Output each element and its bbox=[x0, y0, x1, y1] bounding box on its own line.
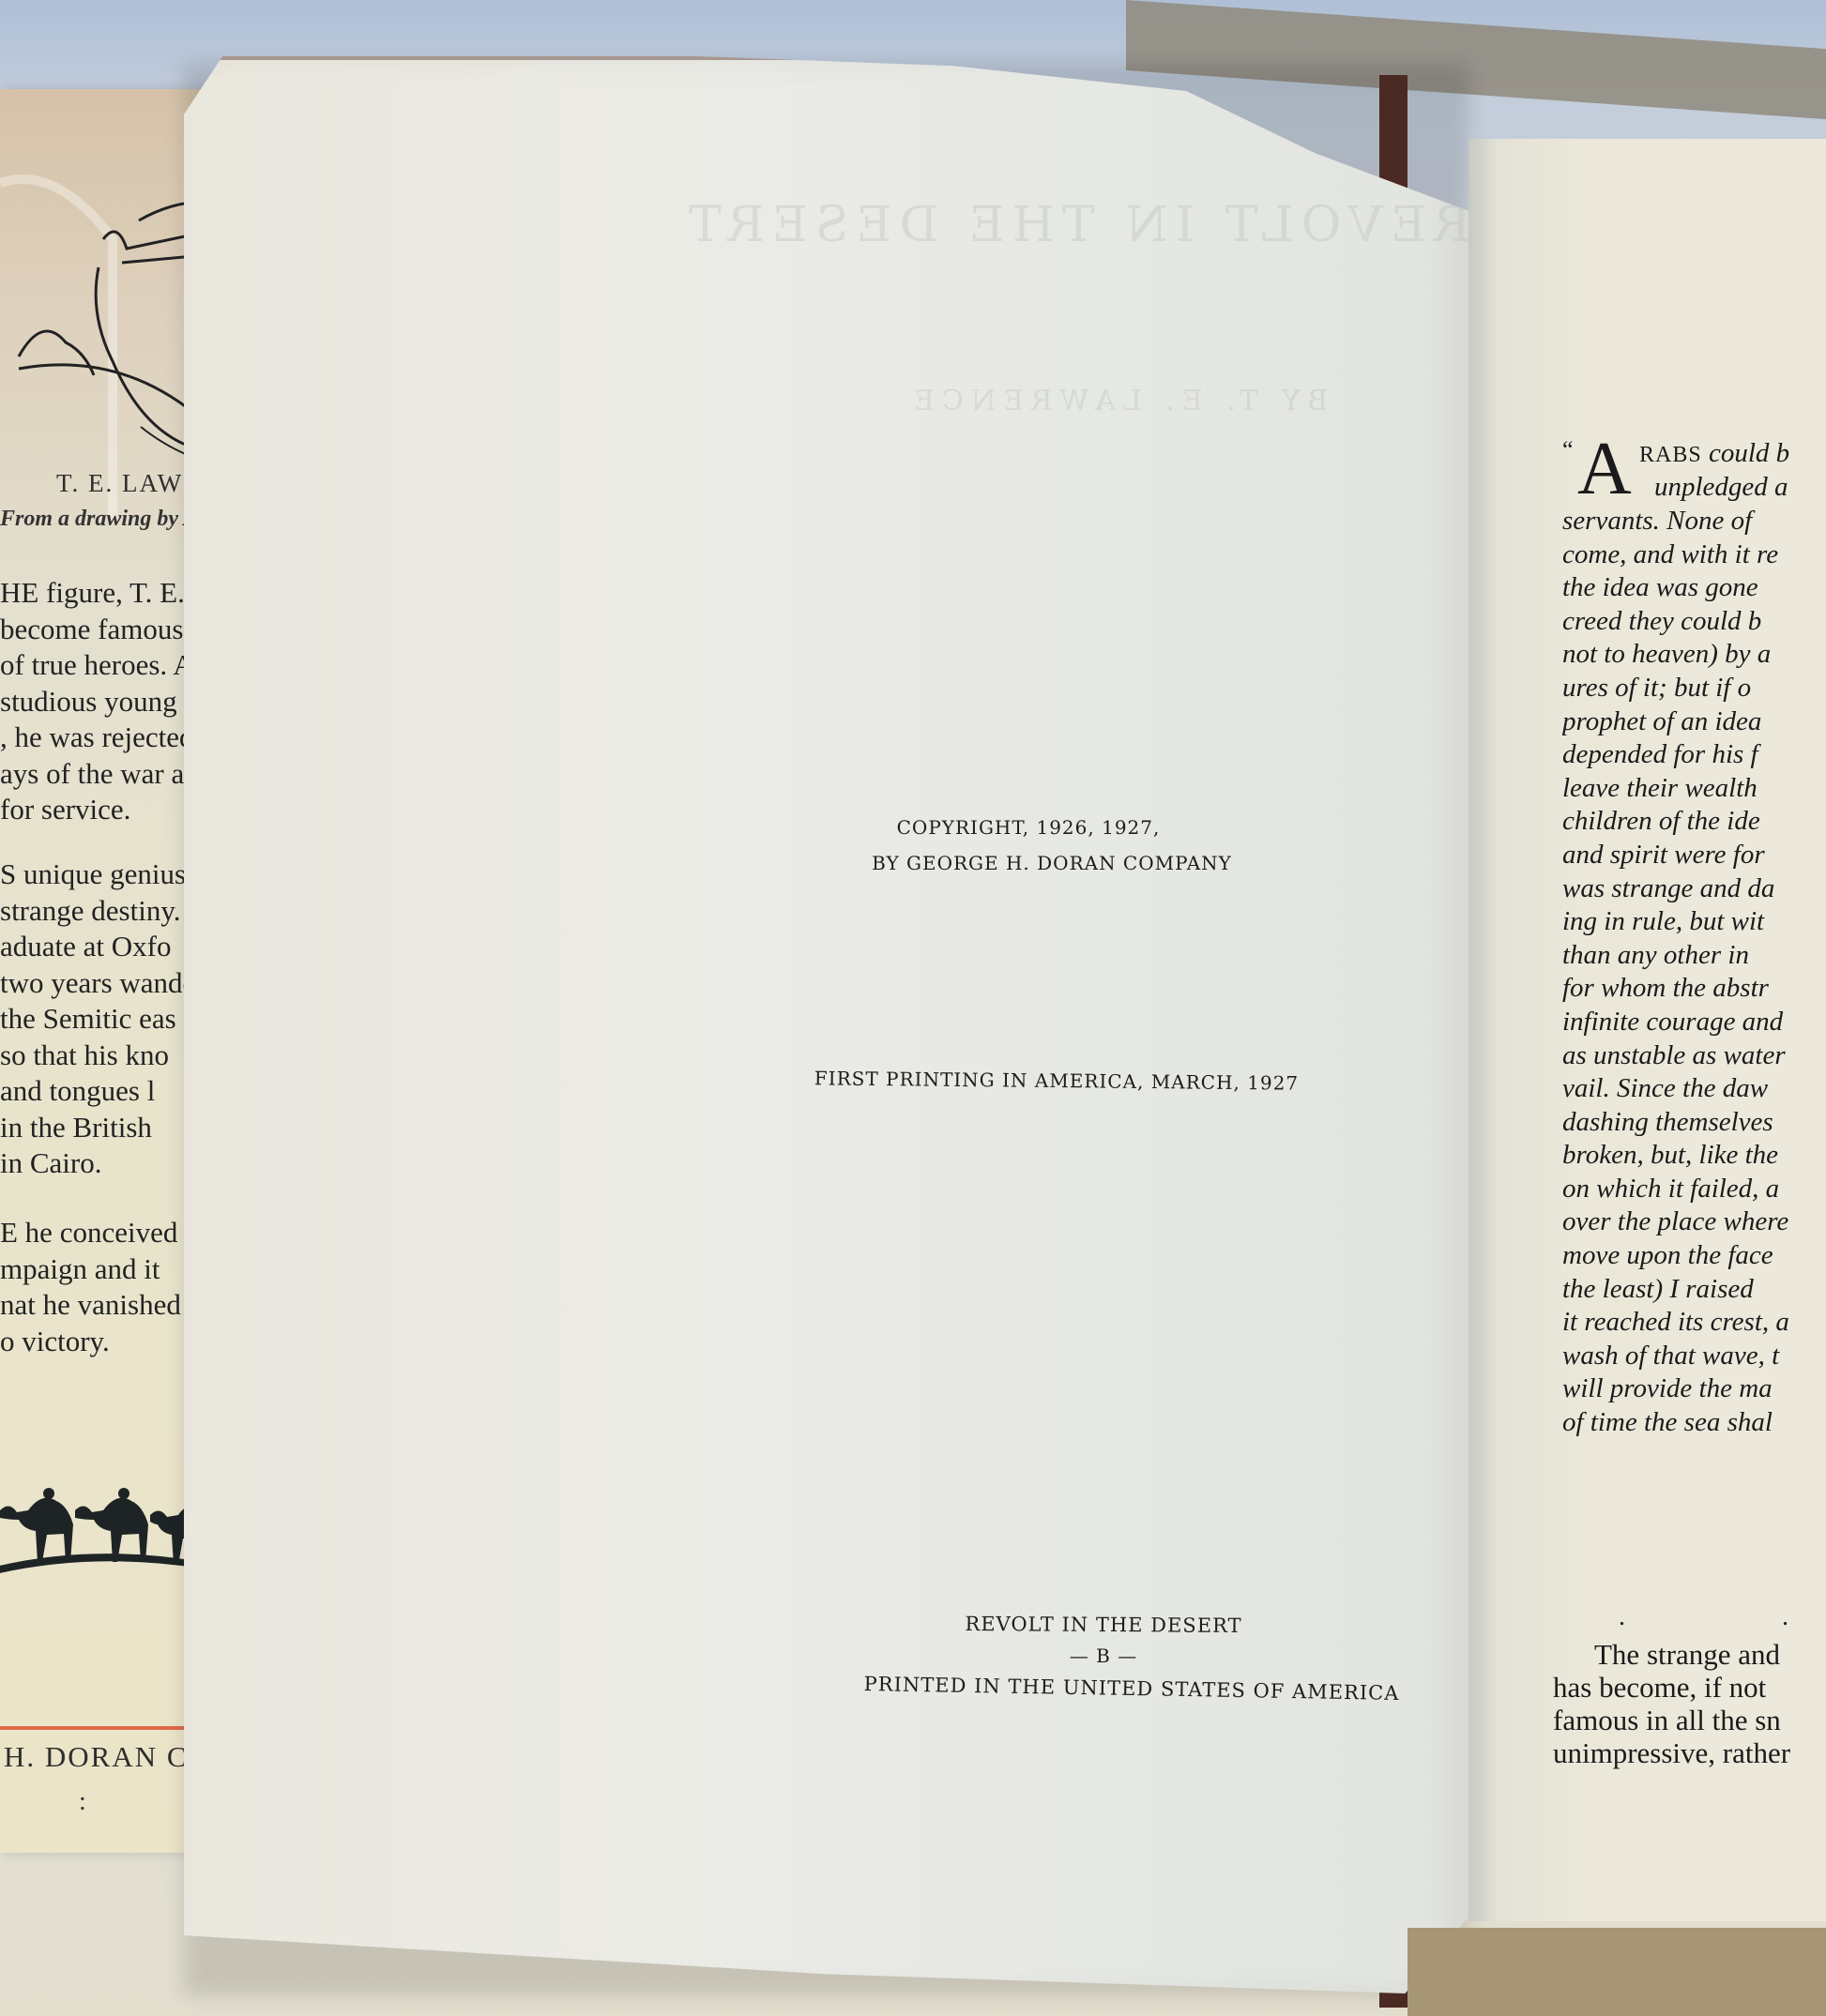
body-paragraph: The strange and has become, if not famou… bbox=[1553, 1638, 1826, 1769]
epigraph-line: will provide the ma bbox=[1562, 1372, 1826, 1406]
small-caps-word: RABS bbox=[1639, 443, 1702, 467]
section-break-dots: . . . bbox=[1619, 1602, 1826, 1632]
epigraph-line: was strange and da bbox=[1562, 872, 1826, 906]
epigraph-line: on which it failed, a bbox=[1562, 1173, 1826, 1206]
epigraph-line: broken, but, like the bbox=[1562, 1139, 1826, 1173]
epigraph-line: depended for his f bbox=[1562, 738, 1826, 772]
epigraph-line: over the place where bbox=[1562, 1205, 1826, 1239]
open-quote: “ bbox=[1562, 437, 1574, 467]
epigraph-line: vail. Since the daw bbox=[1562, 1072, 1826, 1106]
epigraph-line: for whom the abstr bbox=[1562, 972, 1826, 1006]
jacket-publisher: H. DORAN C bbox=[4, 1740, 188, 1774]
camel-caravan-icon bbox=[0, 1473, 202, 1585]
epigraph-line: infinite courage and bbox=[1562, 1006, 1826, 1039]
epigraph-line: prophet of an idea bbox=[1562, 705, 1826, 739]
epigraph-line: ures of it; but if o bbox=[1562, 672, 1826, 705]
book-title-line: REVOLT IN THE DESERT bbox=[841, 1612, 1366, 1638]
body-line: famous in all the sn bbox=[1553, 1704, 1826, 1736]
epigraph-line: it reached its crest, a bbox=[1562, 1306, 1826, 1340]
epigraph-line: than any other in bbox=[1562, 939, 1826, 973]
epigraph-first-line: RABS could b bbox=[1639, 437, 1789, 473]
epigraph-line: wash of that wave, t bbox=[1562, 1340, 1826, 1373]
body-line: has become, if not bbox=[1553, 1671, 1826, 1704]
book-cover-edge-bottom bbox=[1408, 1928, 1826, 2016]
epigraph-line: and spirit were for bbox=[1562, 839, 1826, 872]
epigraph-line: move upon the face bbox=[1562, 1239, 1826, 1273]
epigraph-line: as unstable as water bbox=[1562, 1039, 1826, 1073]
epigraph-line: dashing themselves bbox=[1562, 1106, 1826, 1140]
epigraph-line: ing in rule, but wit bbox=[1562, 905, 1826, 939]
epigraph-line: not to heaven) by a bbox=[1562, 638, 1826, 672]
copyright-line-2: BY GEORGE H. DORAN COMPANY bbox=[747, 852, 1357, 874]
copyright-page: REVOLT IN THE DESERT BY T. E. LAWRENCE C… bbox=[184, 56, 1469, 1993]
epigraph-line: of time the sea shal bbox=[1562, 1406, 1826, 1440]
jacket-colon-ornament: : bbox=[79, 1787, 86, 1817]
copyright-line-1: COPYRIGHT, 1926, 1927, bbox=[794, 816, 1263, 839]
italic-epigraph: “ A RABS could b unpledged a servants. N… bbox=[1562, 437, 1826, 1440]
bleed-through-title: REVOLT IN THE DESERT bbox=[681, 197, 1470, 253]
bleed-through-author: BY T. E. LAWRENCE bbox=[906, 385, 1328, 417]
drop-cap-block: “ A RABS could b unpledged a bbox=[1562, 437, 1826, 505]
epigraph-line: the least) I raised bbox=[1562, 1273, 1826, 1307]
epigraph-second-line: unpledged a bbox=[1654, 471, 1788, 505]
drop-cap-letter: A bbox=[1577, 437, 1632, 507]
first-printing-statement: FIRST PRINTING IN AMERICA, MARCH, 1927 bbox=[709, 1066, 1404, 1096]
body-line: unimpressive, rather bbox=[1553, 1736, 1826, 1769]
body-line: The strange and bbox=[1553, 1638, 1826, 1671]
epigraph-line: children of the ide bbox=[1562, 805, 1826, 839]
facing-text-page: “ A RABS could b unpledged a servants. N… bbox=[1468, 139, 1826, 1921]
jacket-accent-rule bbox=[0, 1726, 188, 1730]
printed-in-statement: PRINTED IN THE UNITED STATES OF AMERICA bbox=[728, 1670, 1535, 1706]
epigraph-line: leave their wealth bbox=[1562, 772, 1826, 806]
epigraph-line: creed they could b bbox=[1562, 605, 1826, 639]
printing-mark: — B — bbox=[1028, 1645, 1179, 1667]
first-line-rest: could b bbox=[1702, 438, 1789, 468]
epigraph-line: come, and with it re bbox=[1562, 538, 1826, 572]
epigraph-line: the idea was gone bbox=[1562, 571, 1826, 605]
